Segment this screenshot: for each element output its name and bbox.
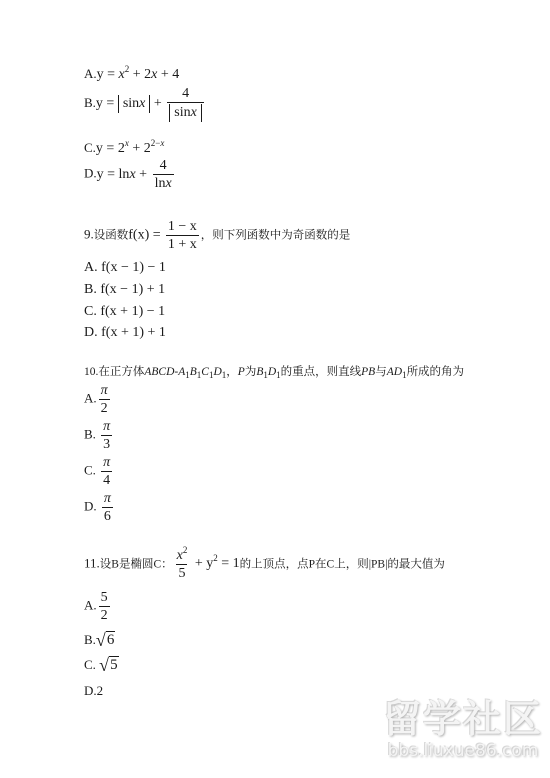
- question-number: 10.: [84, 366, 98, 378]
- fraction-denominator: 2: [99, 399, 110, 416]
- option-label: A.: [84, 597, 97, 612]
- q9-option-b: B. f(x − 1) + 1: [84, 282, 165, 298]
- q10-option-d: D. π6: [84, 491, 115, 524]
- fraction-numerator: π: [101, 455, 112, 471]
- fraction-denominator: 3: [101, 435, 112, 452]
- q11-option-a: A.52: [84, 590, 112, 623]
- watermark-logo: 留学社区 bbs.liuxue86.com: [378, 697, 548, 761]
- option-label: C.: [84, 140, 96, 155]
- question-number: 11.: [84, 555, 100, 570]
- q9-option-a: A. f(x − 1) − 1: [84, 260, 166, 276]
- fraction-denominator: 5: [176, 564, 187, 581]
- option-label: B.: [84, 426, 96, 441]
- q11-option-b: B.√6: [84, 632, 115, 648]
- option-label: C.: [84, 462, 96, 477]
- q9-option-d: D. f(x + 1) + 1: [84, 325, 166, 341]
- q8-option-c: C.y = 2x + 22−x: [84, 140, 164, 157]
- option-label: B.: [84, 282, 97, 297]
- fraction-numerator: 5: [99, 590, 110, 606]
- q8-option-a: A.y = x2 + 2x + 4: [84, 66, 179, 83]
- q11-stem: 11.设B是椭圆C：x25 + y2 = 1的上顶点，点P在C上，则|PB|的最…: [84, 548, 445, 581]
- fraction-denominator: 1 + x: [166, 235, 199, 252]
- option-label: C.: [84, 657, 96, 672]
- q10-stem: 10.在正方体ABCD-A1B1C1D1，P为B1D1的重点，则直线PB与AD1…: [84, 364, 464, 380]
- radicand: 6: [106, 631, 116, 648]
- watermark-title: 留学社区: [378, 697, 548, 741]
- option-label: D.: [84, 683, 97, 698]
- stem-prefix: 设B是椭圆C：: [100, 558, 173, 570]
- option-label: D.: [84, 166, 97, 181]
- fraction-numerator: π: [99, 383, 110, 399]
- option-label: A.: [84, 66, 97, 81]
- q8-option-b: B.y = sinx + 4sinx: [84, 86, 206, 122]
- option-label: B.: [84, 95, 96, 110]
- fraction-denominator: 6: [102, 507, 113, 524]
- q8-option-d: D.y = lnx + 4lnx: [84, 158, 176, 191]
- q9-option-c: C. f(x + 1) − 1: [84, 304, 165, 320]
- q11-option-c: C. √5: [84, 657, 119, 673]
- q10-option-a: A.π2: [84, 383, 112, 416]
- option-text: 2: [97, 683, 104, 698]
- fraction-numerator: π: [102, 491, 113, 507]
- option-label: D.: [84, 498, 97, 513]
- fraction-denominator: 4: [101, 471, 112, 488]
- option-text: f(x + 1) + 1: [101, 325, 166, 340]
- option-label: A.: [84, 390, 97, 405]
- option-text: f(x − 1) − 1: [101, 260, 166, 275]
- option-label: B.: [84, 632, 96, 647]
- stem-suffix: ，则下列函数中为奇函数的是: [201, 229, 351, 241]
- q9-stem: 9.设函数f(x) = 1 − x1 + x，则下列函数中为奇函数的是: [84, 219, 350, 252]
- fraction-numerator: 1 − x: [166, 219, 199, 235]
- q10-option-c: C. π4: [84, 455, 114, 488]
- option-text: f(x + 1) − 1: [100, 304, 165, 319]
- radicand: 5: [109, 656, 119, 673]
- q11-option-d: D.2: [84, 683, 103, 699]
- q10-option-b: B. π3: [84, 419, 114, 452]
- question-number: 9.: [84, 226, 94, 241]
- option-label: D.: [84, 325, 98, 340]
- option-label: A.: [84, 260, 98, 275]
- fraction-numerator: π: [101, 419, 112, 435]
- watermark-url: bbs.liuxue86.com: [378, 741, 548, 761]
- option-label: C.: [84, 304, 97, 319]
- fraction-denominator: 2: [99, 606, 110, 623]
- option-text: f(x − 1) + 1: [100, 282, 165, 297]
- stem-suffix: 的上顶点，点P在C上，则|PB|的最大值为: [240, 558, 445, 570]
